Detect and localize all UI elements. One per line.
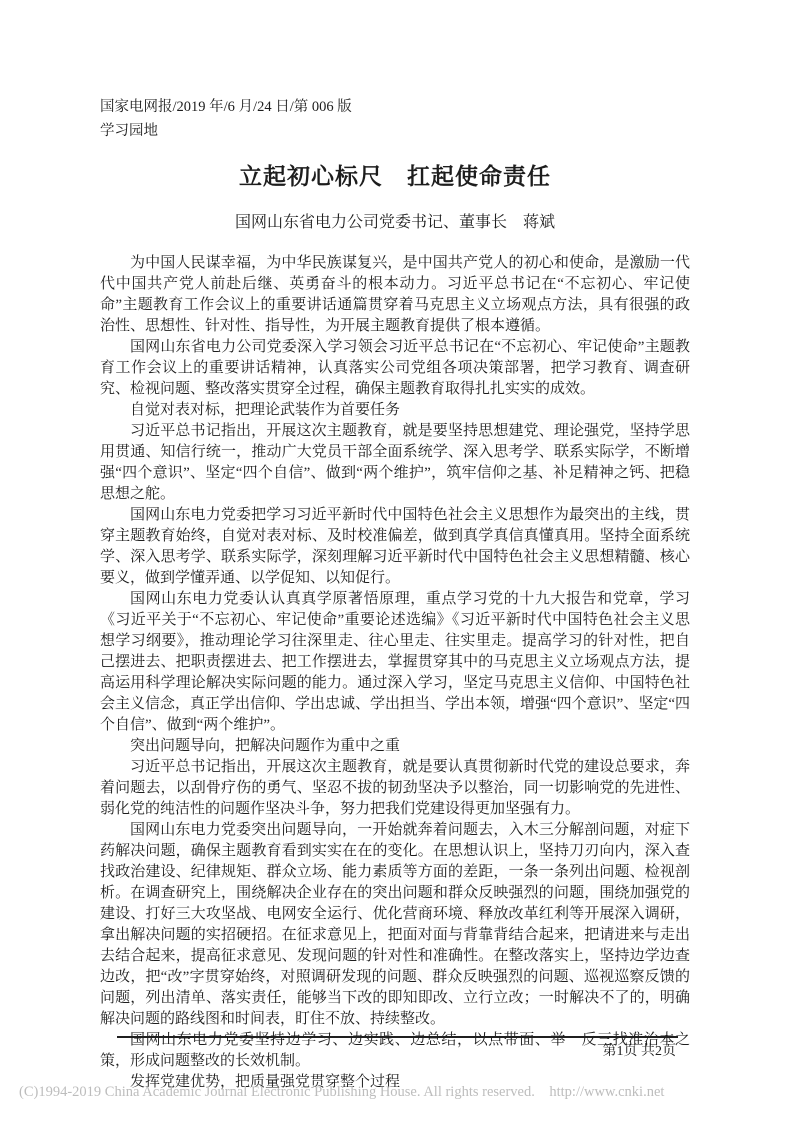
article-paragraph: 国网山东电力党委认认真真学原著悟原理，重点学习党的十九大报告和党章，学习《习近平… [100,589,690,736]
article-paragraph: 国网山东电力党委突出问题导向，一开始就奔着问题去，入木三分解剖问题，对症下药解决… [100,820,690,1030]
article-paragraph: 自觉对表对标，把理论武装作为首要任务 [100,400,690,421]
header-column-label: 学习园地 [100,119,690,143]
article-paragraph: 突出问题导向，把解决问题作为重中之重 [100,736,690,757]
article-paragraph: 为中国人民谋幸福，为中华民族谋复兴，是中国共产党人的初心和使命，是激励一代代中国… [100,253,690,337]
page-content: 国家电网报/2019 年/6 月/24 日/第 006 版 学习园地 立起初心标… [100,95,690,1093]
document-page: { "page": { "header": { "source": "国家电网报… [0,0,793,1122]
header-source-line: 国家电网报/2019 年/6 月/24 日/第 006 版 [100,95,690,119]
article-body: 为中国人民谋幸福，为中华民族谋复兴，是中国共产党人的初心和使命，是激励一代代中国… [100,253,690,1093]
article-paragraph: 国网山东电力党委把学习习近平新时代中国特色社会主义思想作为最突出的主线，贯穿主题… [100,505,690,589]
article-paragraph: 习近平总书记指出，开展这次主题教育，就是要认真贯彻新时代党的建设总要求，奔着问题… [100,757,690,820]
page-indicator: 第1页 共2页 [117,1040,676,1060]
article-byline: 国网山东省电力公司党委书记、董事长 蒋斌 [100,209,690,232]
article-paragraph: 国网山东省电力公司党委深入学习领会习近平总书记在“不忘初心、牢记使命”主题教育工… [100,337,690,400]
article-title: 立起初心标尺 扛起使命责任 [100,158,690,191]
footer-divider [117,1036,678,1038]
article-paragraph: 习近平总书记指出，开展这次主题教育，就是要坚持思想建党、理论强党，坚持学思用贯通… [100,421,690,505]
copyright-watermark: (C)1994-2019 China Academic Journal Elec… [19,1084,664,1101]
